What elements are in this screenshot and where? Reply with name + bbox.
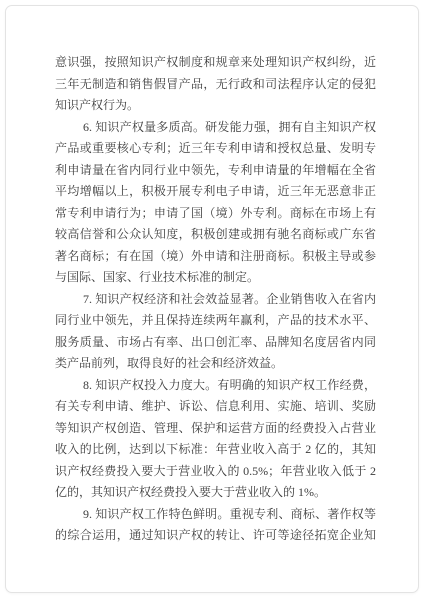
text-line: 9. 知识产权工作特色鲜明。重视专利、商标、著作权等: [55, 504, 376, 526]
text-line: 等知识产权创造、管理、保护和运营方面的经费投入占营业: [55, 418, 376, 440]
text-line: 有关专利申请、维护、诉讼、信息利用、实施、培训、奖励: [55, 396, 376, 418]
text-line: 收入的比例，达到以下标准：年营业收入高于 2 亿的，其知: [55, 439, 376, 461]
text-line: 三年无制造和销售假冒产品，无行政和司法程序认定的侵犯: [55, 74, 376, 96]
text-line: 8. 知识产权投入力度大。有明确的知识产权工作经费，: [55, 375, 376, 397]
text-line: 同行业中领先，并且保持连续两年赢利，产品的技术水平、: [55, 310, 376, 332]
paragraph-1: 6. 知识产权量多质高。研发能力强，拥有自主知识产权产品或重要核心专利；近三年专…: [55, 117, 376, 289]
text-line: 服务质量、市场占有率、出口创汇率、品牌知名度居省内同: [55, 332, 376, 354]
paragraph-2: 7. 知识产权经济和社会效益显著。企业销售收入在省内同行业中领先，并且保持连续两…: [55, 289, 376, 375]
page-text: 意识强，按照知识产权制度和规章来处理知识产权纠纷，近三年无制造和销售假冒产品，无…: [55, 52, 376, 547]
text-line: 的综合运用，通过知识产权的转让、许可等途径拓宽企业知: [55, 525, 376, 547]
text-line: 意识强，按照知识产权制度和规章来处理知识产权纠纷，近: [55, 52, 376, 74]
text-line: 亿的，其知识产权经费投入要大于营业收入的 1%。: [55, 482, 376, 504]
text-line: 7. 知识产权经济和社会效益显著。企业销售收入在省内: [55, 289, 376, 311]
text-line: 6. 知识产权量多质高。研发能力强，拥有自主知识产权: [55, 117, 376, 139]
paragraph-4: 9. 知识产权工作特色鲜明。重视专利、商标、著作权等的综合运用，通过知识产权的转…: [55, 504, 376, 547]
text-line: 产品或重要核心专利；近三年专利申请和授权总量、发明专: [55, 138, 376, 160]
document-page: 意识强，按照知识产权制度和规章来处理知识产权纠纷，近三年无制造和销售假冒产品，无…: [5, 5, 419, 593]
paragraph-3: 8. 知识产权投入力度大。有明确的知识产权工作经费，有关专利申请、维护、诉讼、信…: [55, 375, 376, 504]
text-line: 与国际、国家、行业技术标准的制定。: [55, 267, 376, 289]
paragraph-0: 意识强，按照知识产权制度和规章来处理知识产权纠纷，近三年无制造和销售假冒产品，无…: [55, 52, 376, 117]
text-line: 识产权经费投入要大于营业收入的 0.5%；年营业收入低于 2: [55, 461, 376, 483]
text-line: 著名商标；有在国（境）外申请和注册商标。积极主导或参: [55, 246, 376, 268]
text-line: 类产品前列，取得良好的社会和经济效益。: [55, 353, 376, 375]
text-line: 平均增幅以上，积极开展专利电子申请，近三年无恶意非正: [55, 181, 376, 203]
text-line: 较高信誉和公众认知度，积极创建或拥有驰名商标或广东省: [55, 224, 376, 246]
text-line: 常专利申请行为；申请了国（境）外专利。商标在市场上有: [55, 203, 376, 225]
text-line: 知识产权行为。: [55, 95, 376, 117]
text-line: 利申请量在省内同行业中领先，专利申请量的年增幅在全省: [55, 160, 376, 182]
